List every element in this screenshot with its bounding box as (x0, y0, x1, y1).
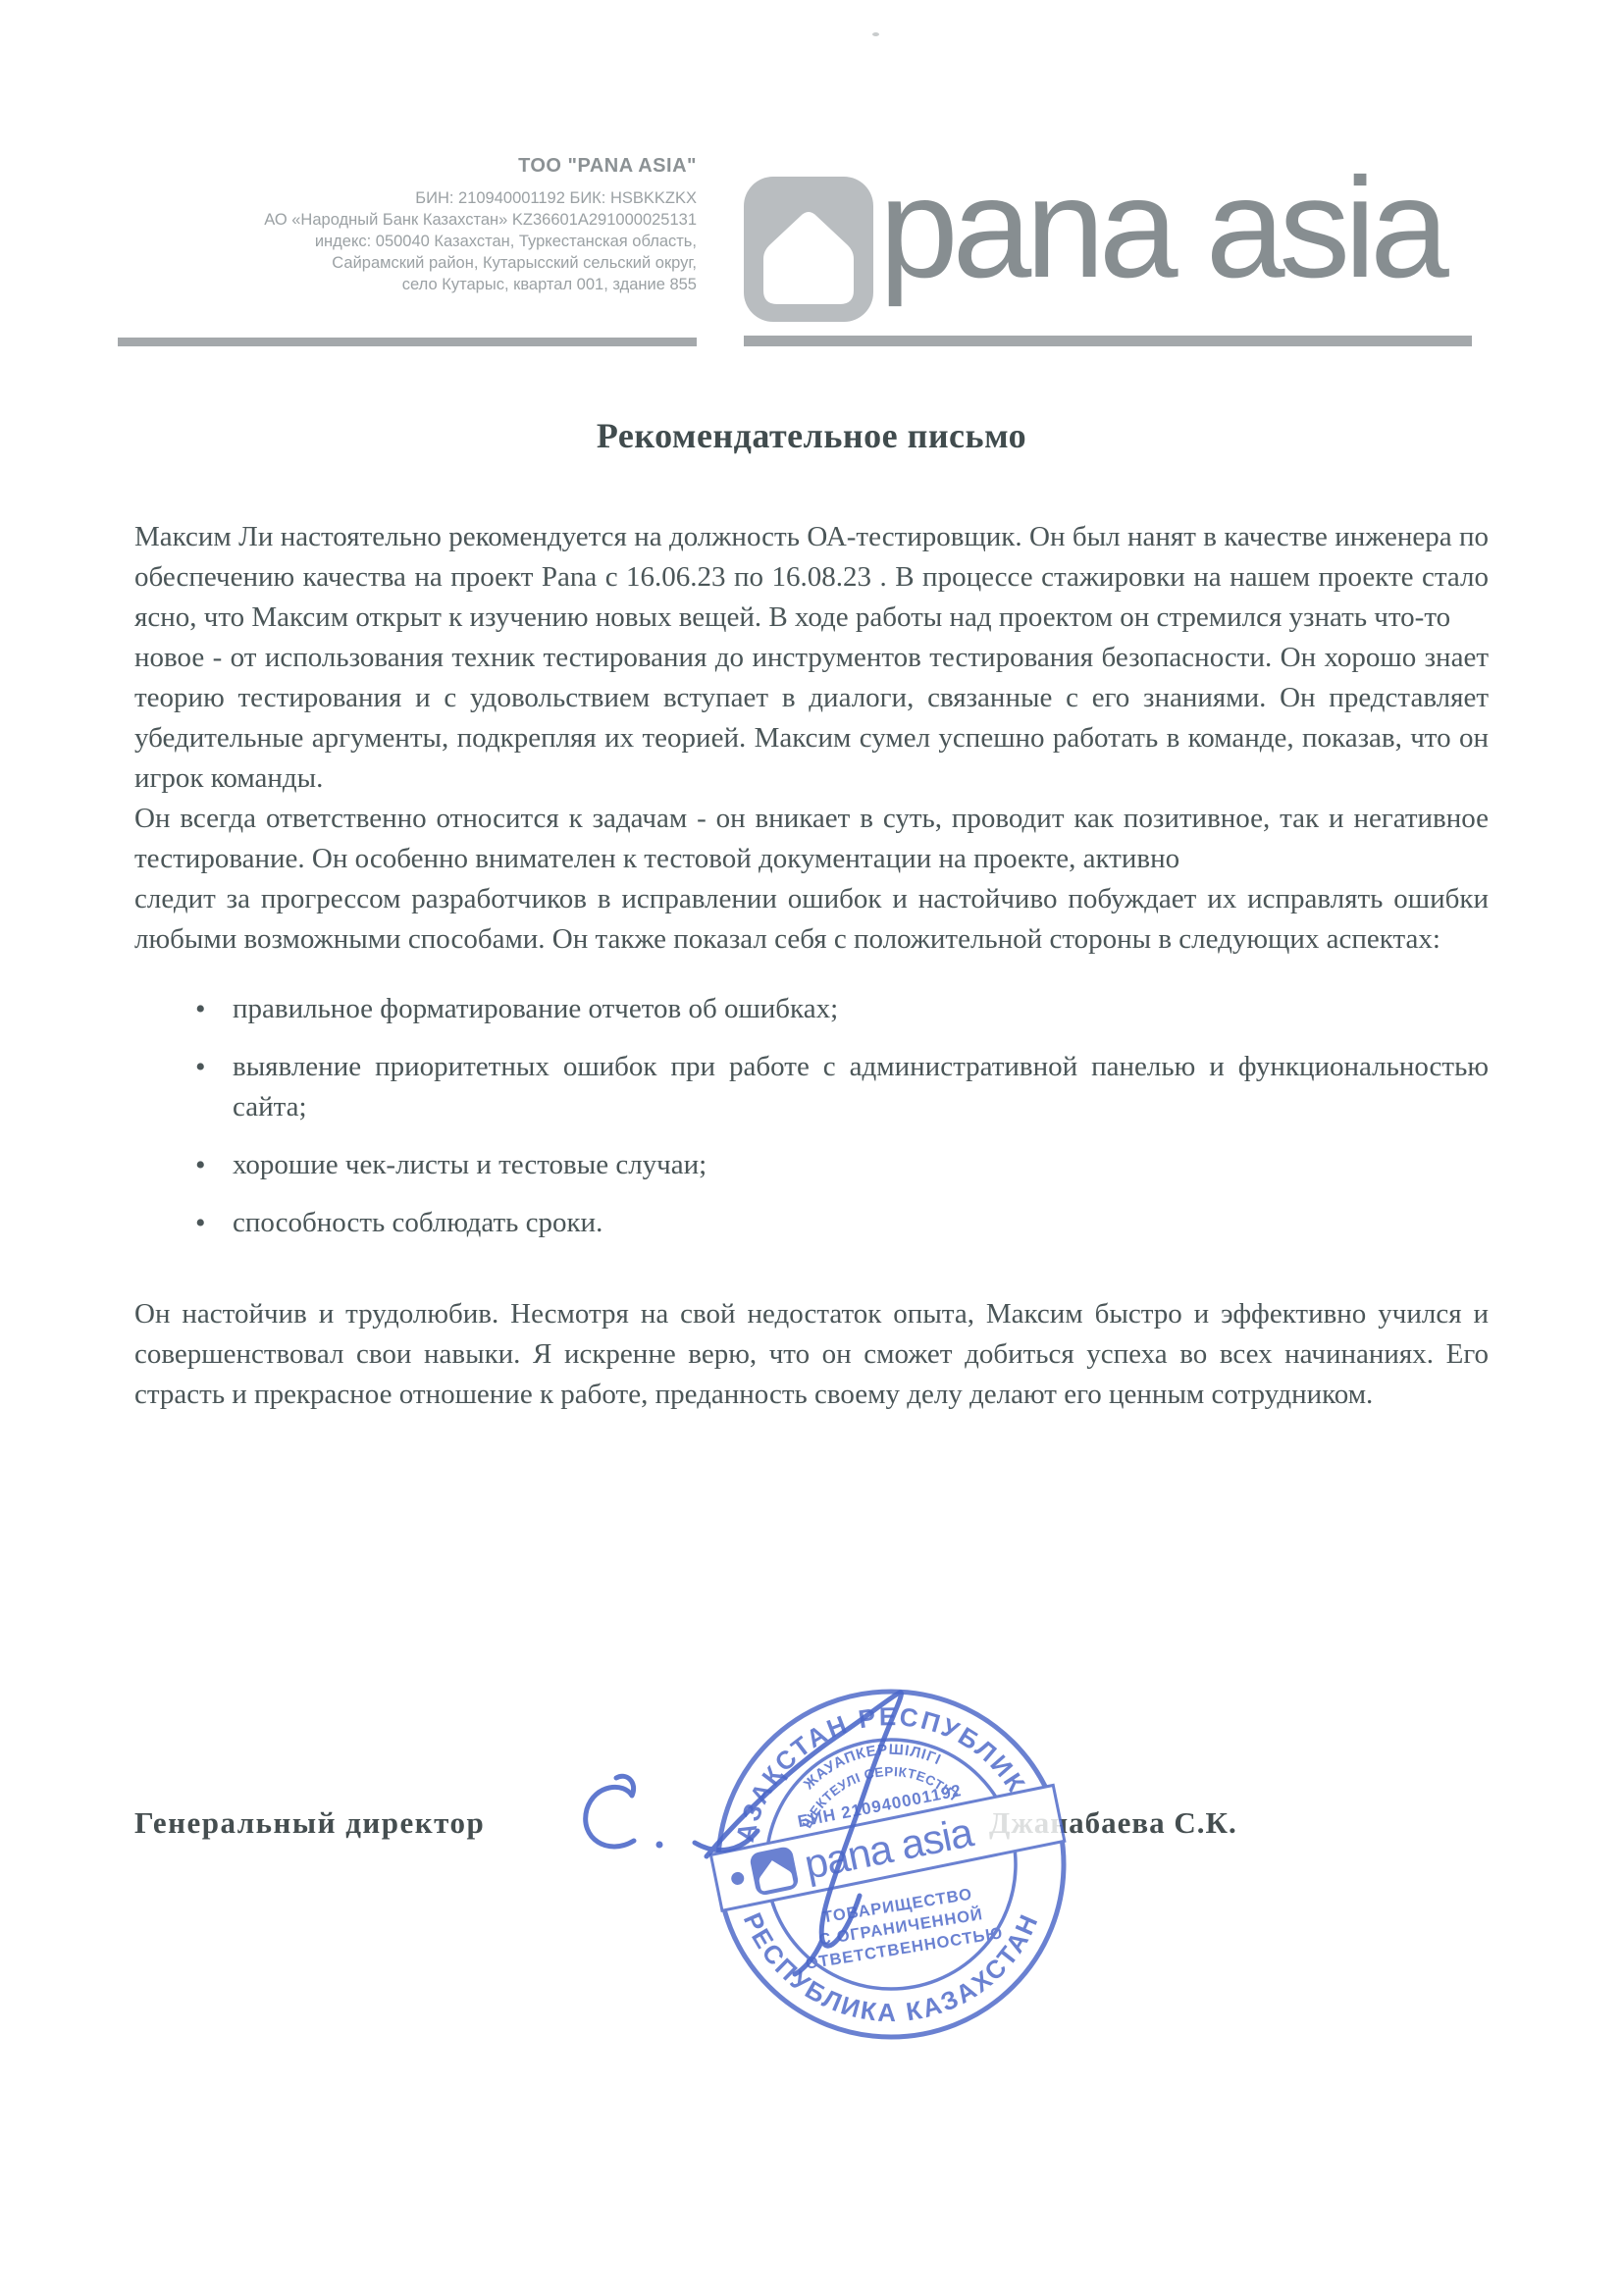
bullet-item: способность соблюдать сроки. (195, 1203, 1489, 1243)
scan-speck (872, 32, 879, 36)
svg-text:ШЕКТЕУЛІ СЕРІКТЕСТІГІ: ШЕКТЕУЛІ СЕРІКТЕСТІГІ (791, 1750, 963, 1833)
paragraph-1: Максим Ли настоятельно рекомендуется на … (134, 517, 1489, 799)
svg-text:ОТВЕТСТВЕННОСТЬЮ: ОТВЕТСТВЕННОСТЬЮ (805, 1924, 1005, 1973)
company-detail-line: село Кутарыс, квартал 001, здание 855 (118, 274, 697, 295)
stamp-inner-top-text: ЖАУАПКЕРШІЛІГІ ШЕКТЕУЛІ СЕРІКТЕСТІГІ БИН… (786, 1728, 964, 1833)
stamp-band-wordmark: pana asia (801, 1808, 978, 1888)
stamp-outer-ring (718, 1692, 1064, 2037)
letter-title: Рекомендательное письмо (134, 416, 1489, 456)
letterhead-divider-left (118, 338, 697, 346)
company-details: БИН: 210940001192 БИК: HSBKKZKX АО «Наро… (118, 187, 697, 295)
stamp-outer-top-text: ҚАЗАҚСТАН РЕСПУБЛИКАСЫ (550, 1648, 1050, 1845)
svg-text:ЖАУАПКЕРШІЛІГІ: ЖАУАПКЕРШІЛІГІ (796, 1730, 947, 1796)
signature-role: Генеральный директор (134, 1805, 485, 1841)
svg-text:БИН 210940001192: БИН 210940001192 (796, 1781, 963, 1831)
paragraph-2-segment: Он всегда ответственно относится к задач… (134, 803, 1489, 874)
svg-text:С ОГРАНИЧЕННОЙ: С ОГРАНИЧЕННОЙ (817, 1905, 984, 1949)
closing-paragraph: Он настойчив и трудолюбив. Несмотря на с… (134, 1294, 1489, 1415)
letter-body: Рекомендательное письмо Максим Ли настоя… (134, 416, 1489, 1415)
handwritten-signature (586, 1693, 902, 1974)
paragraph-1-segment: новое - от использования техник тестиров… (134, 642, 1489, 794)
letterhead-divider-right (744, 336, 1472, 346)
bullet-item: выявление приоритетных ошибок при работе… (195, 1047, 1489, 1127)
company-detail-line: АО «Народный Банк Казахстан» KZ36601A291… (118, 209, 697, 231)
stamp-inner-ring (766, 1740, 1016, 1989)
stamp-logo-house-icon (749, 1846, 800, 1897)
company-detail-line: БИН: 210940001192 БИК: HSBKKZKX (118, 187, 697, 209)
document-page: ТОО "PANA ASIA" БИН: 210940001192 БИК: H… (0, 0, 1623, 2296)
signature-name: Джанабаева С.К. (989, 1805, 1237, 1841)
letterhead: ТОО "PANA ASIA" БИН: 210940001192 БИК: H… (118, 155, 697, 295)
company-detail-line: Сайрамский район, Кутарысский сельский о… (118, 252, 697, 274)
svg-text:ТОВАРИЩЕСТВО: ТОВАРИЩЕСТВО (821, 1886, 973, 1927)
stamp-group: ҚАЗАҚСТАН РЕСПУБЛИКАСЫ РЕСПУБЛИКА КАЗАХС… (550, 1648, 1065, 2037)
stamp-band-dot (730, 1871, 745, 1886)
bullet-list: правильное форматирование отчетов об оши… (134, 989, 1489, 1243)
stamp-band: pana asia (710, 1785, 1064, 1910)
company-name: ТОО "PANA ASIA" (118, 155, 697, 178)
stamp-outer-bottom-text: РЕСПУБЛИКА КАЗАХСТАН (738, 1908, 1045, 2027)
stamp-inner-bottom-text: ТОВАРИЩЕСТВО С ОГРАНИЧЕННОЙ ОТВЕТСТВЕННО… (798, 1882, 1005, 1973)
company-stamp: ҚАЗАҚСТАН РЕСПУБЛИКАСЫ РЕСПУБЛИКА КАЗАХС… (550, 1648, 1109, 2080)
bullet-item: хорошие чек-листы и тестовые случаи; (195, 1145, 1489, 1185)
bullet-item: правильное форматирование отчетов об оши… (195, 989, 1489, 1029)
logo-wordmark: pana asia (879, 157, 1443, 299)
paragraph-1-segment: Максим Ли настоятельно рекомендуется на … (134, 521, 1489, 633)
logo-house-icon (744, 177, 873, 322)
paragraph-2: Он всегда ответственно относится к задач… (134, 799, 1489, 960)
paragraph-2-segment: следит за прогрессом разработчиков в исп… (134, 883, 1489, 955)
company-detail-line: индекс: 050040 Казахстан, Туркестанская … (118, 231, 697, 252)
